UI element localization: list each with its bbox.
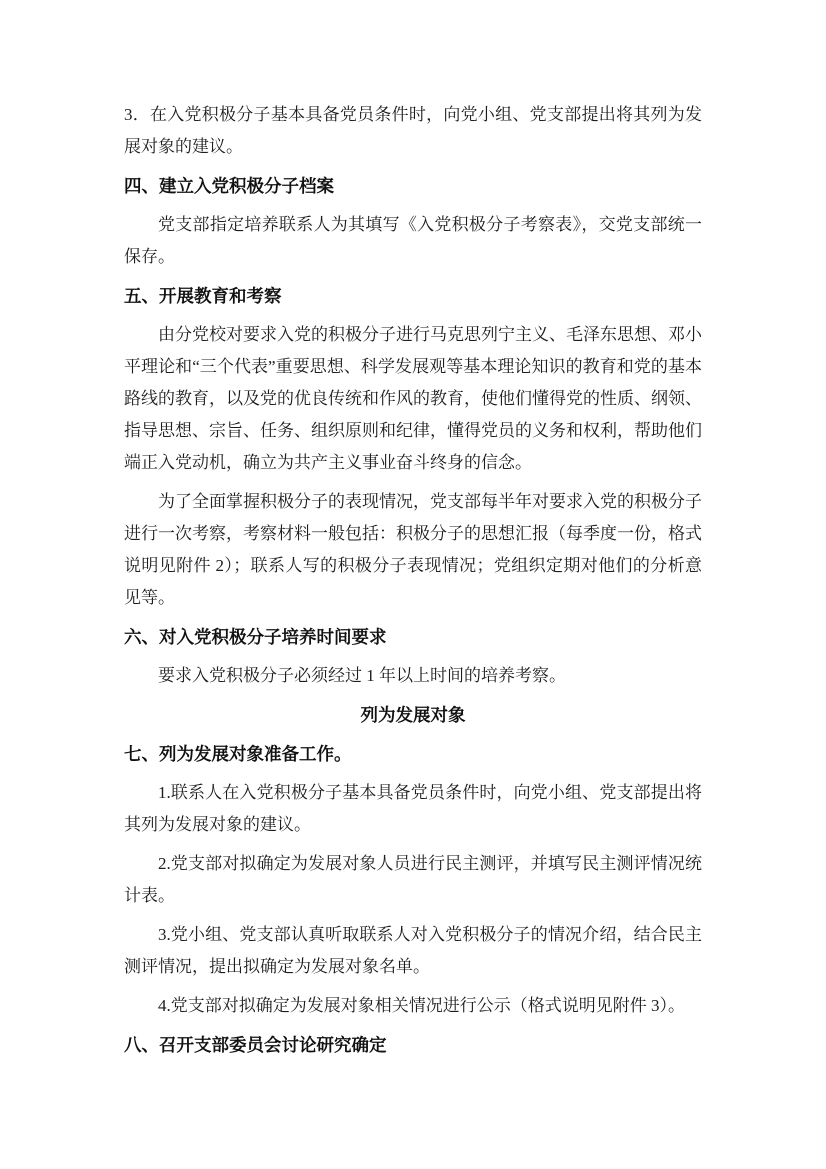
doc-section-heading: 八、召开支部委员会讨论研究确定 [124, 1029, 702, 1061]
doc-paragraph: 2.党支部对拟确定为发展对象人员进行民主测评，并填写民主测评情况统计表。 [124, 848, 702, 912]
doc-section-heading: 七、列为发展对象准备工作。 [124, 738, 702, 770]
doc-paragraph: 由分党校对要求入党的积极分子进行马克思列宁主义、毛泽东思想、邓小平理论和“三个代… [124, 319, 702, 479]
doc-section-heading: 五、开展教育和考察 [124, 280, 702, 312]
doc-paragraph: 4.党支部对拟确定为发展对象相关情况进行公示（格式说明见附件 3）。 [124, 990, 702, 1022]
doc-paragraph: 要求入党积极分子必须经过 1 年以上时间的培养考察。 [124, 660, 702, 692]
doc-paragraph: 为了全面掌握积极分子的表现情况，党支部每半年对要求入党的积极分子进行一次考察，考… [124, 486, 702, 614]
doc-paragraph: 3．在入党积极分子基本具备党员条件时，向党小组、党支部提出将其列为发展对象的建议… [124, 99, 702, 163]
doc-section-heading: 四、建立入党积极分子档案 [124, 170, 702, 202]
document-body: 3．在入党积极分子基本具备党员条件时，向党小组、党支部提出将其列为发展对象的建议… [124, 99, 702, 1068]
doc-paragraph: 3.党小组、党支部认真听取联系人对入党积极分子的情况介绍，结合民主测评情况，提出… [124, 919, 702, 983]
doc-paragraph: 党支部指定培养联系人为其填写《入党积极分子考察表》，交党支部统一保存。 [124, 209, 702, 273]
document-page: 3．在入党积极分子基本具备党员条件时，向党小组、党支部提出将其列为发展对象的建议… [0, 0, 826, 1169]
doc-section-heading: 六、对入党积极分子培养时间要求 [124, 621, 702, 653]
doc-paragraph: 1.联系人在入党积极分子基本具备党员条件时，向党小组、党支部提出将其列为发展对象… [124, 777, 702, 841]
doc-heading-centered: 列为发展对象 [124, 699, 702, 731]
